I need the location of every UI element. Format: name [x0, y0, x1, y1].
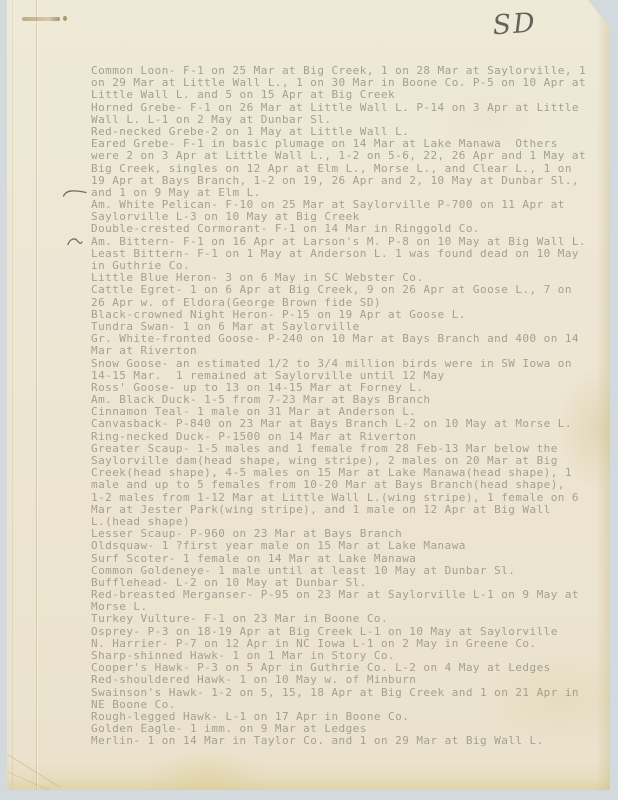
text-line: 1-2 males from 1-12 Mar at Little Wall L…: [91, 492, 611, 504]
text-line: were 2 on 3 Apr at Little Wall L., 1-2 o…: [91, 150, 611, 162]
text-line: Osprey- P-3 on 18-19 Apr at Big Creek L-…: [91, 626, 611, 638]
text-line: Am. Bittern- F-1 on 16 Apr at Larson's M…: [91, 236, 611, 248]
typed-text: Common Loon- F-1 on 25 Mar at Big Creek,…: [91, 65, 611, 748]
vertical-crease: [12, 0, 13, 790]
text-line: Merlin- 1 on 14 Mar in Taylor Co. and 1 …: [91, 735, 611, 747]
text-line: Swainson's Hawk- 1-2 on 5, 15, 18 Apr at…: [91, 687, 611, 699]
ink-smudge: [22, 17, 60, 21]
text-line: Little Wall L. and 5 on 15 Apr at Big Cr…: [91, 89, 611, 101]
text-line: Turkey Vulture- F-1 on 23 Mar in Boone C…: [91, 613, 611, 625]
text-line: Ring-necked Duck- P-1500 on 14 Mar at Ri…: [91, 431, 611, 443]
text-line: 26 Apr w. of Eldora(George Brown fide SD…: [91, 297, 611, 309]
text-line: Oldsquaw- 1 ?first year male on 15 Mar a…: [91, 540, 611, 552]
text-line: Horned Grebe- F-1 on 26 Mar at Little Wa…: [91, 102, 611, 114]
text-line: Cattle Egret- 1 on 6 Apr at Big Creek, 9…: [91, 284, 611, 296]
text-line: Red-breasted Merganser- P-95 on 23 Mar a…: [91, 589, 611, 601]
text-line: Double-crested Cormorant- F-1 on 14 Mar …: [91, 223, 611, 235]
handwritten-margin-mark: [62, 187, 88, 199]
text-line: Canvasback- P-840 on 23 Mar at Bays Bran…: [91, 418, 611, 430]
text-line: Red-shouldered Hawk- 1 on 10 May w. of M…: [91, 674, 611, 686]
text-line: Surf Scoter- 1 female on 14 Mar at Lake …: [91, 553, 611, 565]
ink-smudge: [63, 16, 67, 21]
text-line: Mar at Riverton: [91, 345, 611, 357]
corner-fold-crease: [1, 769, 53, 793]
vertical-crease: [36, 0, 37, 790]
text-line: Big Creek, singles on 12 Apr at Elm L., …: [91, 163, 611, 175]
scanned-page: SD Common Loon- F-1 on 25 Mar at Big Cre…: [7, 0, 610, 790]
text-line: Snow Goose- an estimated 1/2 to 3/4 mill…: [91, 358, 611, 370]
text-line: male and up to 5 females from 10-20 Mar …: [91, 479, 611, 491]
handwritten-corner-note: SD: [492, 6, 565, 55]
handwritten-margin-mark: [67, 236, 83, 247]
